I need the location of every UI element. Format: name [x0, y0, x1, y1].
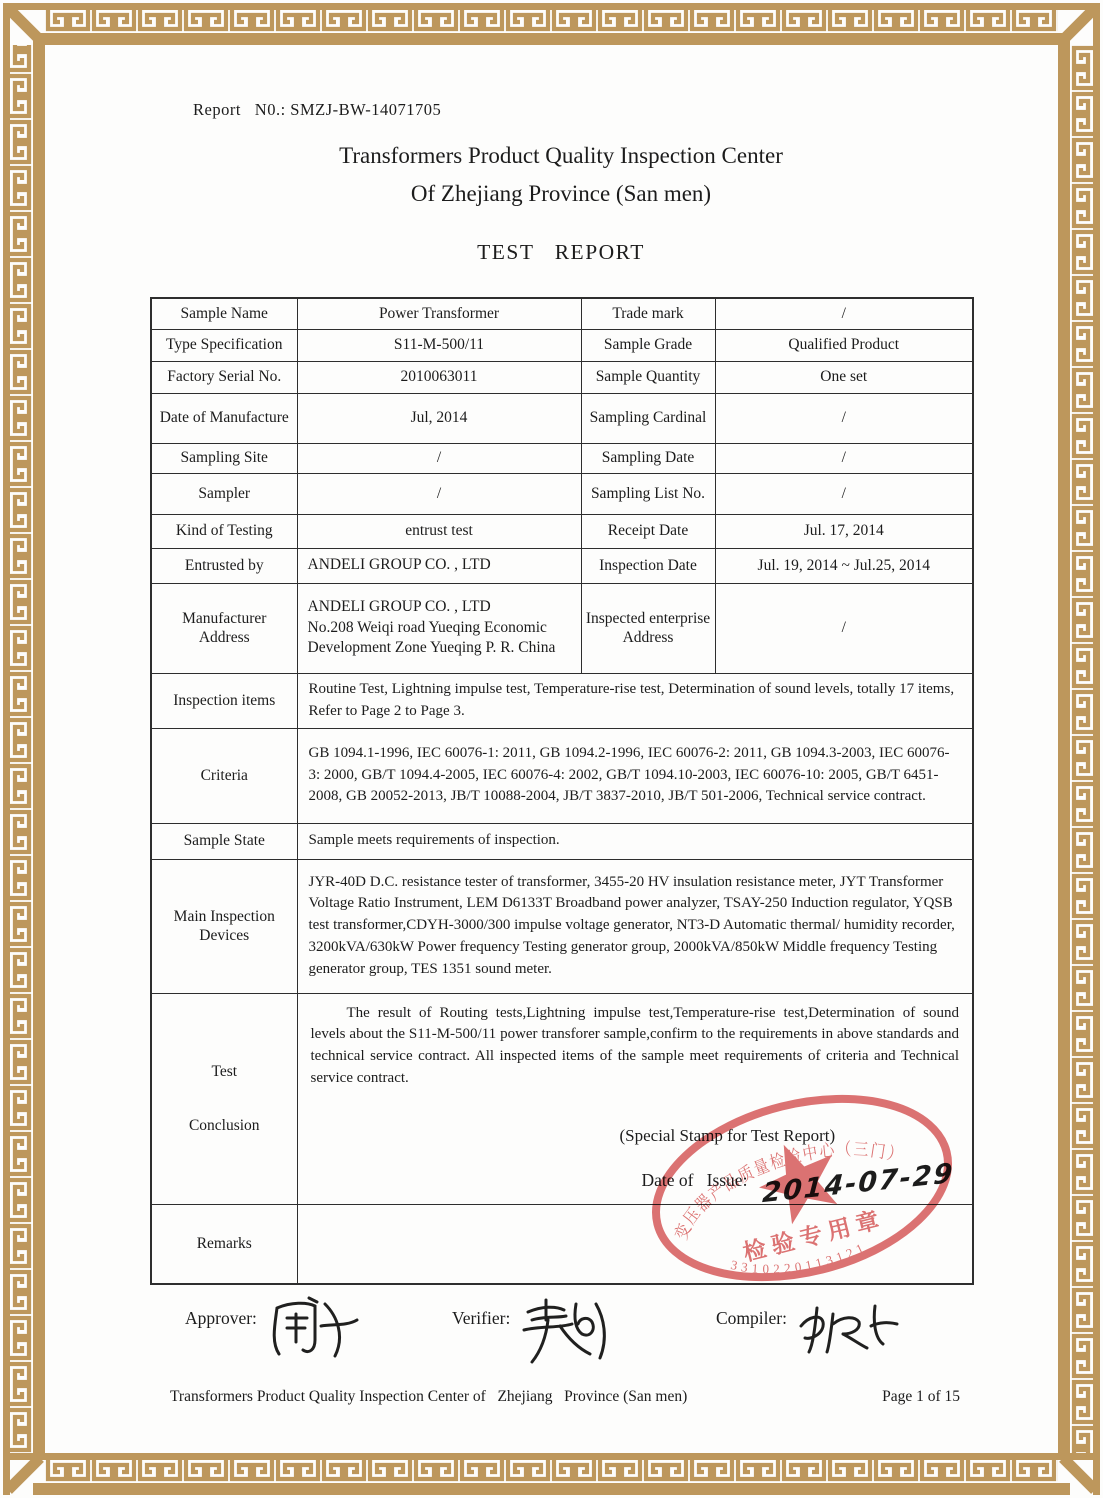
row-label: Inspection items [151, 673, 297, 728]
table-row: Inspection items Routine Test, Lightning… [151, 673, 973, 728]
row-value: / [715, 443, 973, 473]
footer-page-number: Page 1 of 15 [882, 1388, 960, 1406]
document-title: TEST REPORT [150, 240, 972, 265]
row-label: Sampling Date [581, 443, 715, 473]
row-value: ANDELI GROUP CO. , LTD [297, 548, 581, 583]
approver-label: Approver: [185, 1308, 257, 1329]
conclusion-label-line1: Test [156, 1062, 293, 1081]
inspection-seal-stamp: 变压器产品质量检验中心（三门） 检验专用章 3310220113121 [637, 1083, 967, 1298]
conclusion-paragraph: The result of Routing tests,Lightning im… [299, 995, 972, 1090]
verifier-signature-block: Verifier: [452, 1308, 626, 1366]
row-label: Inspected enterprise Address [581, 583, 715, 673]
table-row: Entrusted by ANDELI GROUP CO. , LTD Insp… [151, 548, 973, 583]
row-label: Date of Manufacture [151, 393, 297, 443]
row-value: S11-M-500/11 [297, 329, 581, 361]
row-value: Jul. 19, 2014 ~ Jul.25, 2014 [715, 548, 973, 583]
row-value: / [715, 393, 973, 443]
row-value: One set [715, 361, 973, 393]
report-number-line: Report N0.: SMZJ-BW-14071705 [193, 100, 441, 120]
organization-title-line2: Of Zhejiang Province (San men) [150, 181, 972, 207]
table-row: Criteria GB 1094.1-1996, IEC 60076-1: 20… [151, 728, 973, 823]
verifier-signature [516, 1296, 626, 1366]
row-label: Sampling Cardinal [581, 393, 715, 443]
row-label: Kind of Testing [151, 514, 297, 548]
table-row: Kind of Testing entrust test Receipt Dat… [151, 514, 973, 548]
row-value: GB 1094.1-1996, IEC 60076-1: 2011, GB 10… [297, 728, 973, 823]
row-label: Sample Grade [581, 329, 715, 361]
row-label: Test Conclusion [151, 993, 297, 1204]
table-row: Factory Serial No. 2010063011 Sample Qua… [151, 361, 973, 393]
row-label: Criteria [151, 728, 297, 823]
row-label: Sample Quantity [581, 361, 715, 393]
manufacturer-address: No.208 Weiqi road Yueqing Economic Devel… [308, 618, 571, 659]
table-row: Sampler / Sampling List No. / [151, 473, 973, 514]
row-label: Type Specification [151, 329, 297, 361]
row-value: Routine Test, Lightning impulse test, Te… [297, 673, 973, 728]
row-label: Remarks [151, 1204, 297, 1284]
report-page: Report N0.: SMZJ-BW-14071705 Transformer… [0, 0, 1103, 1498]
manufacturer-name: ANDELI GROUP CO. , LTD [308, 597, 571, 617]
table-row: Date of Manufacture Jul, 2014 Sampling C… [151, 393, 973, 443]
row-label: Manufacturer Address [151, 583, 297, 673]
table-row: Sample Name Power Transformer Trade mark… [151, 298, 973, 329]
compiler-signature-block: Compiler: [716, 1308, 905, 1358]
table-row: Manufacturer Address ANDELI GROUP CO. , … [151, 583, 973, 673]
row-value: / [297, 473, 581, 514]
row-label: Sample Name [151, 298, 297, 329]
row-value: Sample meets requirements of inspection. [297, 823, 973, 859]
organization-title-line1: Transformers Product Quality Inspection … [150, 143, 972, 169]
row-value: ANDELI GROUP CO. , LTD No.208 Weiqi road… [297, 583, 581, 673]
row-value: Jul, 2014 [297, 393, 581, 443]
table-row: Sample State Sample meets requirements o… [151, 823, 973, 859]
report-number-label: Report N0.: [193, 100, 286, 119]
row-value: / [715, 298, 973, 329]
row-value: / [715, 473, 973, 514]
row-label: Entrusted by [151, 548, 297, 583]
row-label: Factory Serial No. [151, 361, 297, 393]
row-value: / [715, 583, 973, 673]
verifier-label: Verifier: [452, 1308, 510, 1329]
compiler-label: Compiler: [716, 1308, 787, 1329]
row-label: Sampler [151, 473, 297, 514]
row-value: Power Transformer [297, 298, 581, 329]
row-label: Inspection Date [581, 548, 715, 583]
approver-signature-block: Approver: [185, 1308, 373, 1360]
row-value: Qualified Product [715, 329, 973, 361]
row-label: Trade mark [581, 298, 715, 329]
conclusion-label-line2: Conclusion [189, 1117, 260, 1134]
compiler-signature [793, 1296, 905, 1358]
report-number-value: SMZJ-BW-14071705 [290, 100, 441, 119]
table-row: Main Inspection Devices JYR-40D D.C. res… [151, 859, 973, 993]
row-label: Receipt Date [581, 514, 715, 548]
row-label: Main Inspection Devices [151, 859, 297, 993]
row-value: entrust test [297, 514, 581, 548]
footer-organization: Transformers Product Quality Inspection … [170, 1388, 687, 1406]
row-label: Sampling Site [151, 443, 297, 473]
row-value: Jul. 17, 2014 [715, 514, 973, 548]
row-value: / [297, 443, 581, 473]
table-row: Sampling Site / Sampling Date / [151, 443, 973, 473]
row-value: JYR-40D D.C. resistance tester of transf… [297, 859, 973, 993]
page-footer: Transformers Product Quality Inspection … [170, 1388, 960, 1406]
row-label: Sample State [151, 823, 297, 859]
table-row: Type Specification S11-M-500/11 Sample G… [151, 329, 973, 361]
row-label: Sampling List No. [581, 473, 715, 514]
row-value: 2010063011 [297, 361, 581, 393]
approver-signature [263, 1296, 373, 1360]
stamp-star-icon [747, 1129, 851, 1231]
